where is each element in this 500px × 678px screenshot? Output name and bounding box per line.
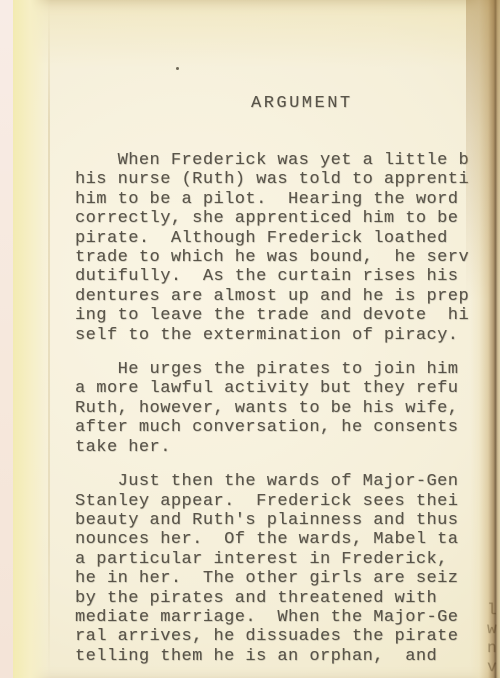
- text-line: he in her. The other girls are seiz: [75, 569, 495, 588]
- scanned-document-page: ARGUMENT When Frederick was yet a little…: [0, 0, 500, 678]
- text-line: a particular interest in Frederick,: [75, 550, 495, 569]
- paragraph-1: When Frederick was yet a little b his nu…: [75, 151, 495, 345]
- text-line: him to be a pilot. Hearing the word: [75, 190, 495, 209]
- paragraph-2: He urges the pirates to join him a more …: [75, 360, 495, 457]
- text-line: ral arrives, he dissuades the pirate: [75, 627, 495, 646]
- paragraph-3: Just then the wards of Major-Gen Stanley…: [75, 472, 495, 666]
- ink-speck: [176, 67, 179, 70]
- text-line: beauty and Ruth's plainness and thus: [75, 511, 495, 530]
- text-line: self to the extermination of piracy.: [75, 326, 495, 345]
- text-line: dutifully. As the curtain rises his: [75, 267, 495, 286]
- text-line: trade to which he was bound, he serv: [75, 248, 495, 267]
- text-line: his nurse (Ruth) was told to apprenti: [75, 170, 495, 189]
- text-line: mediate marriage. When the Major-Ge: [75, 608, 495, 627]
- text-line: Ruth, however, wants to be his wife,: [75, 399, 495, 418]
- text-line: He urges the pirates to join him: [75, 360, 495, 379]
- text-line: correctly, she apprenticed him to be: [75, 209, 495, 228]
- text-line: Just then the wards of Major-Gen: [75, 472, 495, 491]
- text-line: telling them he is an orphan, and: [75, 647, 495, 666]
- fold-top-shadow: [466, 0, 500, 300]
- text-line: a more lawful activity but they refu: [75, 379, 495, 398]
- text-line: by the pirates and threatened with: [75, 589, 495, 608]
- text-line: pirate. Although Frederick loathed: [75, 229, 495, 248]
- text-line: ing to leave the trade and devote hi: [75, 306, 495, 325]
- left-crease-line: [48, 0, 50, 678]
- text-line: take her.: [75, 438, 495, 457]
- text-line: When Frederick was yet a little b: [75, 151, 495, 170]
- left-gutter-edge: [13, 0, 51, 678]
- text-line: nounces her. Of the wards, Mabel ta: [75, 530, 495, 549]
- body-text: When Frederick was yet a little b his nu…: [75, 151, 495, 678]
- document-title: ARGUMENT: [251, 94, 353, 113]
- left-page-edge: [0, 0, 13, 678]
- text-line: Stanley appear. Frederick sees thei: [75, 492, 495, 511]
- text-line: dentures are almost up and he is prep: [75, 287, 495, 306]
- text-line: after much conversation, he consents: [75, 418, 495, 437]
